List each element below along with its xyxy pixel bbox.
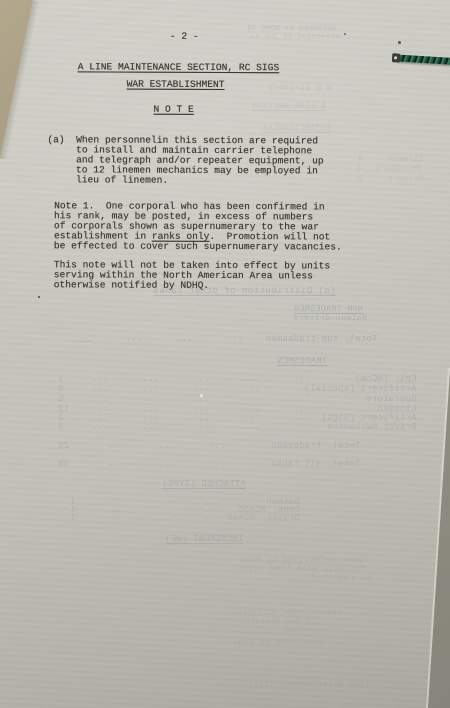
note-heading: N O T E	[153, 105, 193, 115]
dust-speck	[398, 41, 401, 44]
paragraph-a: (a) When personnelin this section are re…	[47, 135, 324, 186]
dust-speck	[344, 33, 346, 35]
binding-thread	[391, 48, 450, 72]
thread-metal-glint	[394, 56, 397, 59]
note-1-line-5: be effected to cover such supernumerary …	[54, 241, 342, 252]
closing-note: This note will not be taken into effect …	[54, 260, 330, 291]
note-1-paragraph: Note 1. One corporal who has been confir…	[54, 201, 342, 252]
document-page: APPROVED BY NDHQ 44effective 15 Jun 44W …	[0, 0, 450, 708]
page-number: - 2 -	[170, 32, 199, 42]
note-1-lines-1-3: Note 1. One corporal who has been confir…	[54, 201, 342, 232]
dust-speck	[200, 394, 203, 397]
typed-content: - 2 - A LINE MAINTENANCE SECTION, RC SIG…	[0, 0, 450, 708]
document-title: A LINE MAINTENANCE SECTION, RC SIGS	[78, 62, 280, 73]
document-subtitle: WAR ESTABLISHMENT	[127, 80, 225, 90]
thread-cord	[397, 54, 450, 64]
dust-speck	[38, 296, 40, 298]
photo-of-document: APPROVED BY NDHQ 44effective 15 Jun 44W …	[0, 0, 450, 708]
